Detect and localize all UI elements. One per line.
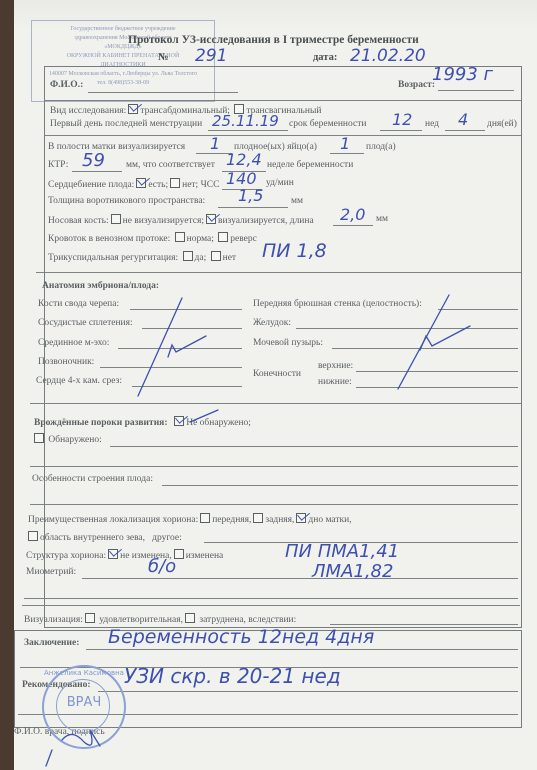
stamp-line: ОКРУЖНОЙ КАБИНЕТ ПРЕНАТАЛЬНОЙ	[32, 52, 214, 61]
checkbox-transabdominal[interactable]	[128, 104, 138, 114]
chorion-location-row: Преимущественная локализация хориона:пер…	[28, 513, 352, 525]
checkbox-satisfactory[interactable]	[85, 613, 95, 623]
doctor-stamp: Анжелика Касимовна ВРАЧ	[42, 665, 126, 749]
handwritten-pi-note: ПИ 1,8	[262, 240, 327, 262]
option-label: удовлетворительная,	[99, 615, 183, 625]
option-label: есть;	[148, 180, 168, 190]
venous-row: Кровоток в венозном протоке: норма; реве…	[48, 232, 257, 244]
tricuspid-row: Трикуспидальная регургитация: да; нет	[48, 251, 236, 263]
anatomy-limbs-lower: нижние:	[318, 377, 352, 387]
age-label: Возраст:	[398, 80, 435, 90]
option-label: Не обнаружено;	[186, 418, 251, 428]
exam-type-row: Вид исследования:трансабдоминальный; тра…	[50, 104, 321, 116]
option-label: изменена	[186, 551, 224, 561]
anatomy-item-heart: Сердце 4-х кам. срез:	[36, 376, 122, 386]
checkbox-venous-reverse[interactable]	[218, 232, 228, 242]
nasal-value: 2,0	[340, 205, 365, 224]
recommendation-value: УЗИ скр. в 20-21 нед	[124, 664, 341, 688]
hr-unit: уд/мин	[266, 178, 294, 188]
anatomy-item-abdominal-wall: Передняя брюшная стенка (целостность):	[253, 299, 422, 309]
checkbox-inner-os[interactable]	[28, 531, 38, 541]
nasal-label: Носовая кость:	[48, 216, 109, 226]
checkbox-tricuspid-yes[interactable]	[183, 251, 193, 261]
found-row: Обнаружено:	[32, 433, 102, 445]
heartbeat-label: Сердцебиение плода:	[48, 180, 134, 190]
visualization-row: Визуализация: удовлетворительная, затруд…	[24, 613, 296, 625]
myometrium-value: б/о	[148, 556, 176, 577]
option-label: реверс	[230, 234, 257, 244]
age-value: 1993 г	[432, 64, 493, 85]
uterus-label: В полости матки визуализируется	[48, 142, 185, 152]
malformations-heading: Врождённые пороки развития:	[34, 418, 167, 428]
option-label: визуализируется, длина	[218, 216, 314, 226]
option-label: дно матки,	[308, 515, 351, 525]
checkbox-posterior[interactable]	[253, 513, 263, 523]
chorion-location-label: Преимущественная локализация хориона:	[28, 515, 198, 525]
anatomy-item-midline: Срединное м-эхо:	[38, 338, 109, 348]
number-label: №	[158, 52, 169, 63]
checkbox-found[interactable]	[34, 433, 44, 443]
fio-label: Ф.И.О.:	[50, 80, 83, 90]
ktr-label: КТР:	[48, 160, 68, 170]
checkbox-anterior[interactable]	[200, 513, 210, 523]
option-label: передняя,	[212, 515, 251, 525]
stamp-name: Анжелика Касимовна	[44, 669, 124, 677]
ktr-value: 59	[82, 150, 105, 171]
checkbox-nasal-not-visualized[interactable]	[111, 214, 121, 224]
weeks-label: нед	[425, 119, 439, 129]
checkbox-tricuspid-no[interactable]	[211, 251, 221, 261]
features-label: Особенности строения плода:	[32, 474, 153, 484]
checkbox-heartbeat-yes[interactable]	[136, 178, 146, 188]
lmp-value: 25.11.19	[212, 112, 279, 130]
checkbox-unchanged[interactable]	[108, 549, 118, 559]
conclusion-value: Беременность 12нед 4дня	[108, 626, 374, 648]
visualization-label: Визуализация:	[24, 615, 83, 625]
anatomy-item-bladder: Мочевой пузырь:	[253, 338, 323, 348]
myometrium-label: Миометрий:	[26, 567, 76, 577]
option-label: да;	[195, 253, 207, 263]
malformations-row: Врождённые пороки развития: Не обнаружен…	[34, 416, 251, 428]
days-label: дня(ей)	[487, 119, 517, 129]
chorion-structure-label: Структура хориона:	[26, 551, 106, 561]
checkbox-not-found[interactable]	[174, 416, 184, 426]
option-label: нет;	[182, 180, 198, 190]
option-label: не визуализируется;	[123, 216, 204, 226]
other-label: другое:	[152, 533, 182, 543]
nasal-unit: мм	[376, 214, 388, 224]
ktr-weeks-value: 12,4	[226, 150, 262, 169]
checkbox-fundus[interactable]	[296, 513, 306, 523]
term-weeks-value: 12	[392, 110, 412, 129]
option-label: нет	[223, 253, 236, 263]
stamp-center: ВРАЧ	[44, 695, 124, 710]
nasal-row: Носовая кость:не визуализируется;визуали…	[48, 214, 314, 226]
option-label: задняя,	[265, 515, 294, 525]
date-label: дата:	[313, 52, 337, 63]
date-value: 21.02.20	[350, 46, 426, 66]
nt-unit: мм	[291, 196, 303, 206]
exam-type-label: Вид исследования:	[50, 106, 126, 116]
handwritten-pi-line1: ПИ ПМА1,41	[285, 541, 399, 562]
option-label: область внутреннего зева,	[40, 533, 145, 543]
heartbeat-row: Сердцебиение плода:есть;нет; ЧСС	[48, 178, 219, 190]
nt-value: 1,5	[238, 186, 263, 205]
conclusion-label: Заключение:	[24, 638, 79, 648]
checkbox-heartbeat-no[interactable]	[170, 178, 180, 188]
nt-label: Толщина воротникового пространства:	[48, 196, 205, 206]
handwritten-pi-line2: ЛМА1,82	[312, 561, 393, 582]
eggs-value: 1	[210, 134, 220, 153]
inner-os-row: область внутреннего зева, другое:	[26, 531, 182, 543]
anatomy-item-spine: Позвоночник:	[38, 357, 94, 367]
anatomy-item-stomach: Желудок:	[253, 318, 291, 328]
term-label: срок беременности	[289, 119, 366, 129]
number-value: 291	[195, 46, 227, 66]
tricuspid-label: Трикуспидальная регургитация:	[48, 253, 178, 263]
document-title: Протокол УЗ-исследования в I триместре б…	[128, 34, 419, 46]
stamp-line: Государственное бюджетное учреждение	[32, 25, 214, 34]
checkbox-difficult[interactable]	[185, 613, 195, 623]
anatomy-limbs-label: Конечности	[253, 369, 301, 379]
ktr-weeks-label: неделе беременности	[267, 160, 353, 170]
fetus-value: 1	[340, 134, 350, 153]
venous-label: Кровоток в венозном протоке:	[48, 234, 170, 244]
checkbox-venous-normal[interactable]	[175, 232, 185, 242]
option-label: норма;	[187, 234, 214, 244]
fetus-label: плод(а)	[366, 142, 396, 152]
found-label: Обнаружено:	[48, 435, 101, 445]
checkbox-nasal-visualized[interactable]	[206, 214, 216, 224]
hr-label: ЧСС	[201, 180, 220, 190]
term-days-value: 4	[458, 110, 468, 129]
ktr-unit: мм, что соответствует	[126, 160, 215, 170]
option-label: затруднена, вследствии:	[199, 615, 296, 625]
anatomy-item-plexus: Сосудистые сплетения:	[38, 318, 133, 328]
lmp-label: Первый день последней менструации	[50, 119, 202, 129]
anatomy-heading: Анатомия эмбриона/плода:	[42, 281, 159, 291]
chorion-structure-row: Структура хориона:не изменена,изменена	[26, 549, 223, 561]
anatomy-limbs-upper: верхние:	[318, 361, 353, 371]
anatomy-item-skull: Кости свода черепа:	[38, 299, 119, 309]
